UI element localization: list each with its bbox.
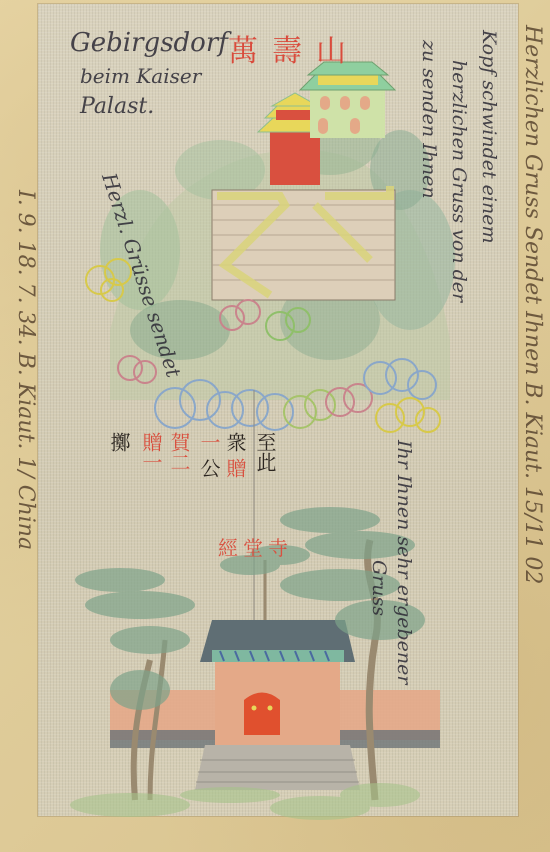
handwriting-body-col-5: Gruss <box>368 560 390 616</box>
handwriting-top-2: beim Kaiser <box>80 64 201 88</box>
inscription-col-5: 贈一 <box>138 432 164 472</box>
inscription-col-2b: 贈 <box>222 458 248 478</box>
red-door <box>244 693 280 736</box>
handwriting-body-col-2: herzlichen Gruss von der <box>448 60 470 302</box>
inscription-col-2a: 衆 <box>222 432 248 458</box>
handwriting-body-col-4: Ihr Ihnen sehr ergebener <box>393 440 415 684</box>
handwriting-body-col-1: Kopf schwindet einem <box>478 30 500 243</box>
handwriting-top-1: Gebirgsdorf <box>70 28 228 58</box>
inscription-col-6: 擲 <box>106 432 132 452</box>
title-wanshoushan: 萬壽山 <box>228 26 360 70</box>
temple-label: 經堂寺 <box>218 532 293 561</box>
inscription-col-3a: 一 <box>196 432 222 458</box>
stone-terrace <box>212 186 395 300</box>
handwriting-left-margin: I. 9. 18. 7. 34. B. Kiaut. 1/ China <box>13 190 38 550</box>
handwriting-body-col-3: zu senden Ihnen <box>418 40 440 199</box>
ground-foliage <box>70 783 420 820</box>
handwriting-right-margin: Herzlichen Gruss Sendet Ihnen B. Kiaut. … <box>520 25 545 584</box>
inscription-col-4: 賀二 <box>166 432 192 472</box>
pagoda-right <box>300 62 395 138</box>
handwriting-top-3: Palast. <box>80 94 154 119</box>
inscription-col-1: 至此 <box>252 432 278 472</box>
inscription-col-3b: 公 <box>196 458 222 478</box>
